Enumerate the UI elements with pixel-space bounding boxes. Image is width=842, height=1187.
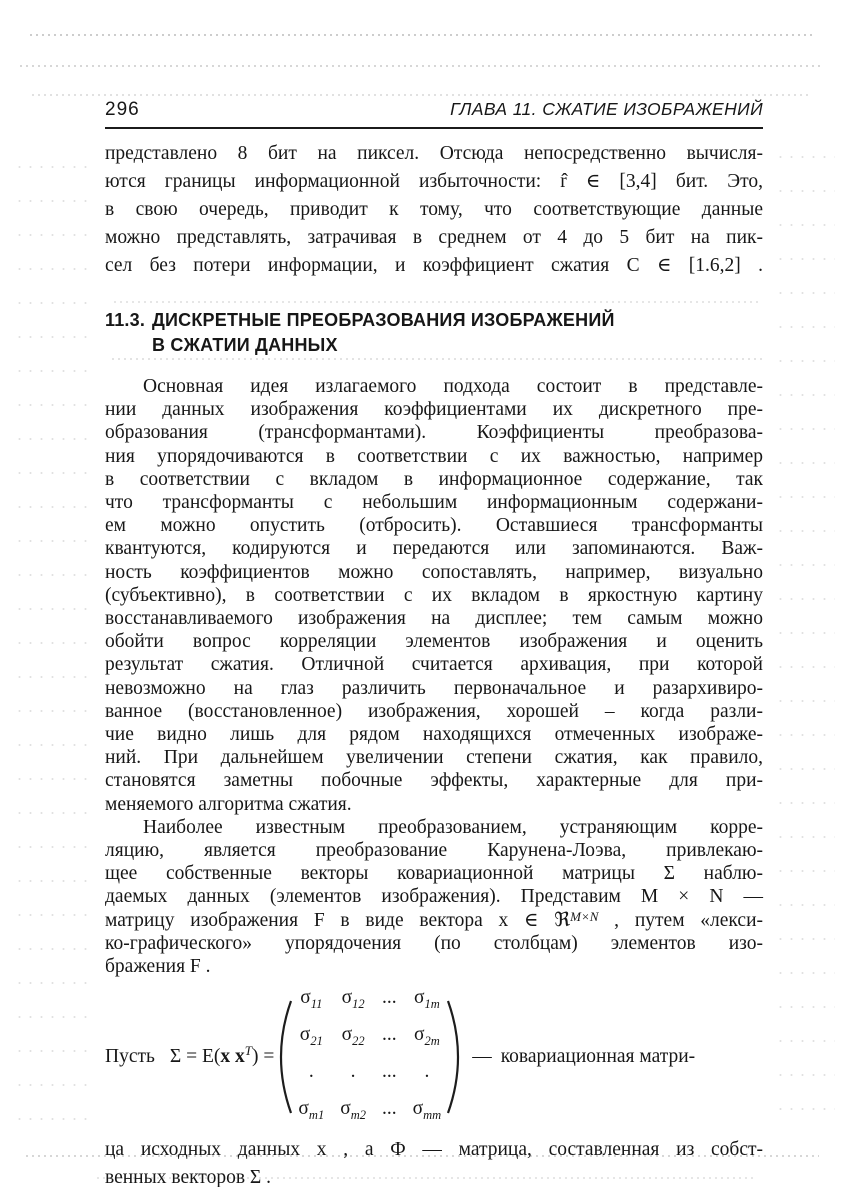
text-line: венных векторов Σ . [105,1164,763,1187]
covariance-matrix: σ11 σ12 ... σ1m σ21 σ22 ... σ2m . . ... … [293,984,446,1129]
intro-paragraph: представлено 8 бит на пиксел. Отсюда неп… [105,140,763,280]
scan-noise [18,64,824,67]
matrix-cell: σm1 [298,1098,324,1126]
equation-intro-word: Пусть [105,1046,155,1068]
text-line: ляцию, является преобразование Карунена-… [105,839,763,862]
text-line: обойти вопрос корреляции элементов изобр… [105,630,763,653]
section-title-line: В СЖАТИИ ДАННЫХ [152,333,615,358]
text-line: становятся заметны побочные эффекты, хар… [105,769,763,792]
body-paragraph-1: Основная идея излагаемого подхода состои… [105,375,763,816]
text-line: щее собственные векторы ковариационной м… [105,862,763,885]
superscript-mxn: M×N [570,909,598,924]
matrix-cell: σ22 [340,1024,366,1052]
text-line: ния упорядочиваются в соответствии с их … [105,445,763,468]
page-content: 296 ГЛАВА 11. СЖАТИЕ ИЗОБРАЖЕНИЙ предста… [105,99,763,1187]
text-line: ний. При дальнейшем увеличении степени с… [105,746,763,769]
matrix-cell: σ1m [413,987,442,1015]
matrix-cell: ... [382,1024,397,1052]
matrix-cell: σ12 [340,987,366,1015]
text-segment: матрицу изображения F в виде вектора x ∈… [105,910,570,931]
body-paragraph-2: Наиболее известным преобразованием, устр… [105,816,763,978]
matrix-cell: . [340,1061,366,1089]
matrix-cell: . [413,1061,442,1089]
text-line: ем можно опустить (отбросить). Оставшиес… [105,514,763,537]
text-line: нии данных изображения коэффициентами их… [105,398,763,421]
running-title: ГЛАВА 11. СЖАТИЕ ИЗОБРАЖЕНИЙ [450,99,763,120]
text-line: восстанавливаемого изображения на диспле… [105,607,763,630]
text-line: меняемого алгоритма сжатия. [105,793,763,816]
bold-vector-x: x x [220,1046,244,1067]
text-line: Основная идея излагаемого подхода состои… [105,375,763,398]
text-line: Наиболее известным преобразованием, устр… [105,816,763,839]
covariance-equation: Пусть Σ = E(x xT) = σ11 σ12 ... σ1m σ21 … [105,984,763,1129]
text-line: бражения F . [105,955,763,978]
text-segment: Σ = E( [170,1046,221,1067]
page-number: 296 [105,99,140,121]
page-header: 296 ГЛАВА 11. СЖАТИЕ ИЗОБРАЖЕНИЙ [105,99,763,129]
text-segment: , путем «лекси- [598,910,763,931]
text-line: в соответствии с вкладом в информационно… [105,468,763,491]
superscript-t: T [245,1043,252,1058]
equation-continuation: ца исходных данных x , а Ф — матрица, со… [105,1136,763,1187]
text-line: (субъективно), в соответствии с их вклад… [105,584,763,607]
matrix-cell: σ2m [413,1024,442,1052]
text-line: результат сжатия. Отличной считается арх… [105,653,763,676]
text-line: в свою очередь, приводит к тому, что соо… [105,196,763,224]
scanned-page: 296 ГЛАВА 11. СЖАТИЕ ИЗОБРАЖЕНИЙ предста… [0,0,842,1187]
text-line: ность коэффициентов можно сопоставлять, … [105,561,763,584]
scan-noise [28,33,816,36]
text-segment: ) = [252,1046,274,1067]
matrix-cell: . [298,1061,324,1089]
text-line: представлено 8 бит на пиксел. Отсюда неп… [105,140,763,168]
equation-lhs: Σ = E(x xT) = [170,1046,275,1068]
text-line: что трансформанты с небольшим информацио… [105,491,763,514]
text-line-with-superscript: матрицу изображения F в виде вектора x ∈… [105,909,763,932]
matrix-cell: ... [382,987,397,1015]
section-title-line: ДИСКРЕТНЫЕ ПРЕОБРАЗОВАНИЯ ИЗОБРАЖЕНИЙ [152,308,615,333]
text-line: сел без потери информации, и коэффициент… [105,252,763,280]
right-parenthesis [446,999,461,1115]
text-line: ца исходных данных x , а Ф — матрица, со… [105,1136,763,1164]
scan-noise [14,150,89,1140]
matrix-cell: σ21 [298,1024,324,1052]
scan-noise [30,93,810,96]
section-heading: 11.3. ДИСКРЕТНЫЕ ПРЕОБРАЗОВАНИЯ ИЗОБРАЖЕ… [105,308,763,358]
matrix-cell: σm2 [340,1098,366,1126]
text-line: образования (трансформантами). Коэффицие… [105,421,763,444]
matrix-cell: ... [382,1061,397,1089]
text-line: ются границы информационной избыточности… [105,168,763,196]
text-line: невозможно на глаз различить первоначаль… [105,677,763,700]
section-number: 11.3. [105,308,152,358]
left-parenthesis [278,999,293,1115]
matrix-cell: σ11 [298,987,324,1015]
text-line: можно представлять, затрачивая в среднем… [105,224,763,252]
text-line: квантуются, кодируются и передаются или … [105,537,763,560]
equation-dash: — [472,1046,492,1068]
scan-noise [775,140,835,1140]
matrix-cell: σmm [413,1098,442,1126]
matrix-cell: ... [382,1098,397,1126]
equation-rhs-text: ковариационная матри- [501,1046,695,1068]
text-line: ванное (восстановленное) изображения, хо… [105,700,763,723]
text-line: чие видно лишь для рядом находящихся отм… [105,723,763,746]
text-line: ко-графического» упорядочения (по столбц… [105,932,763,955]
section-title: ДИСКРЕТНЫЕ ПРЕОБРАЗОВАНИЯ ИЗОБРАЖЕНИЙ В … [152,308,615,358]
text-line: даемых данных (элементов изображения). П… [105,885,763,908]
